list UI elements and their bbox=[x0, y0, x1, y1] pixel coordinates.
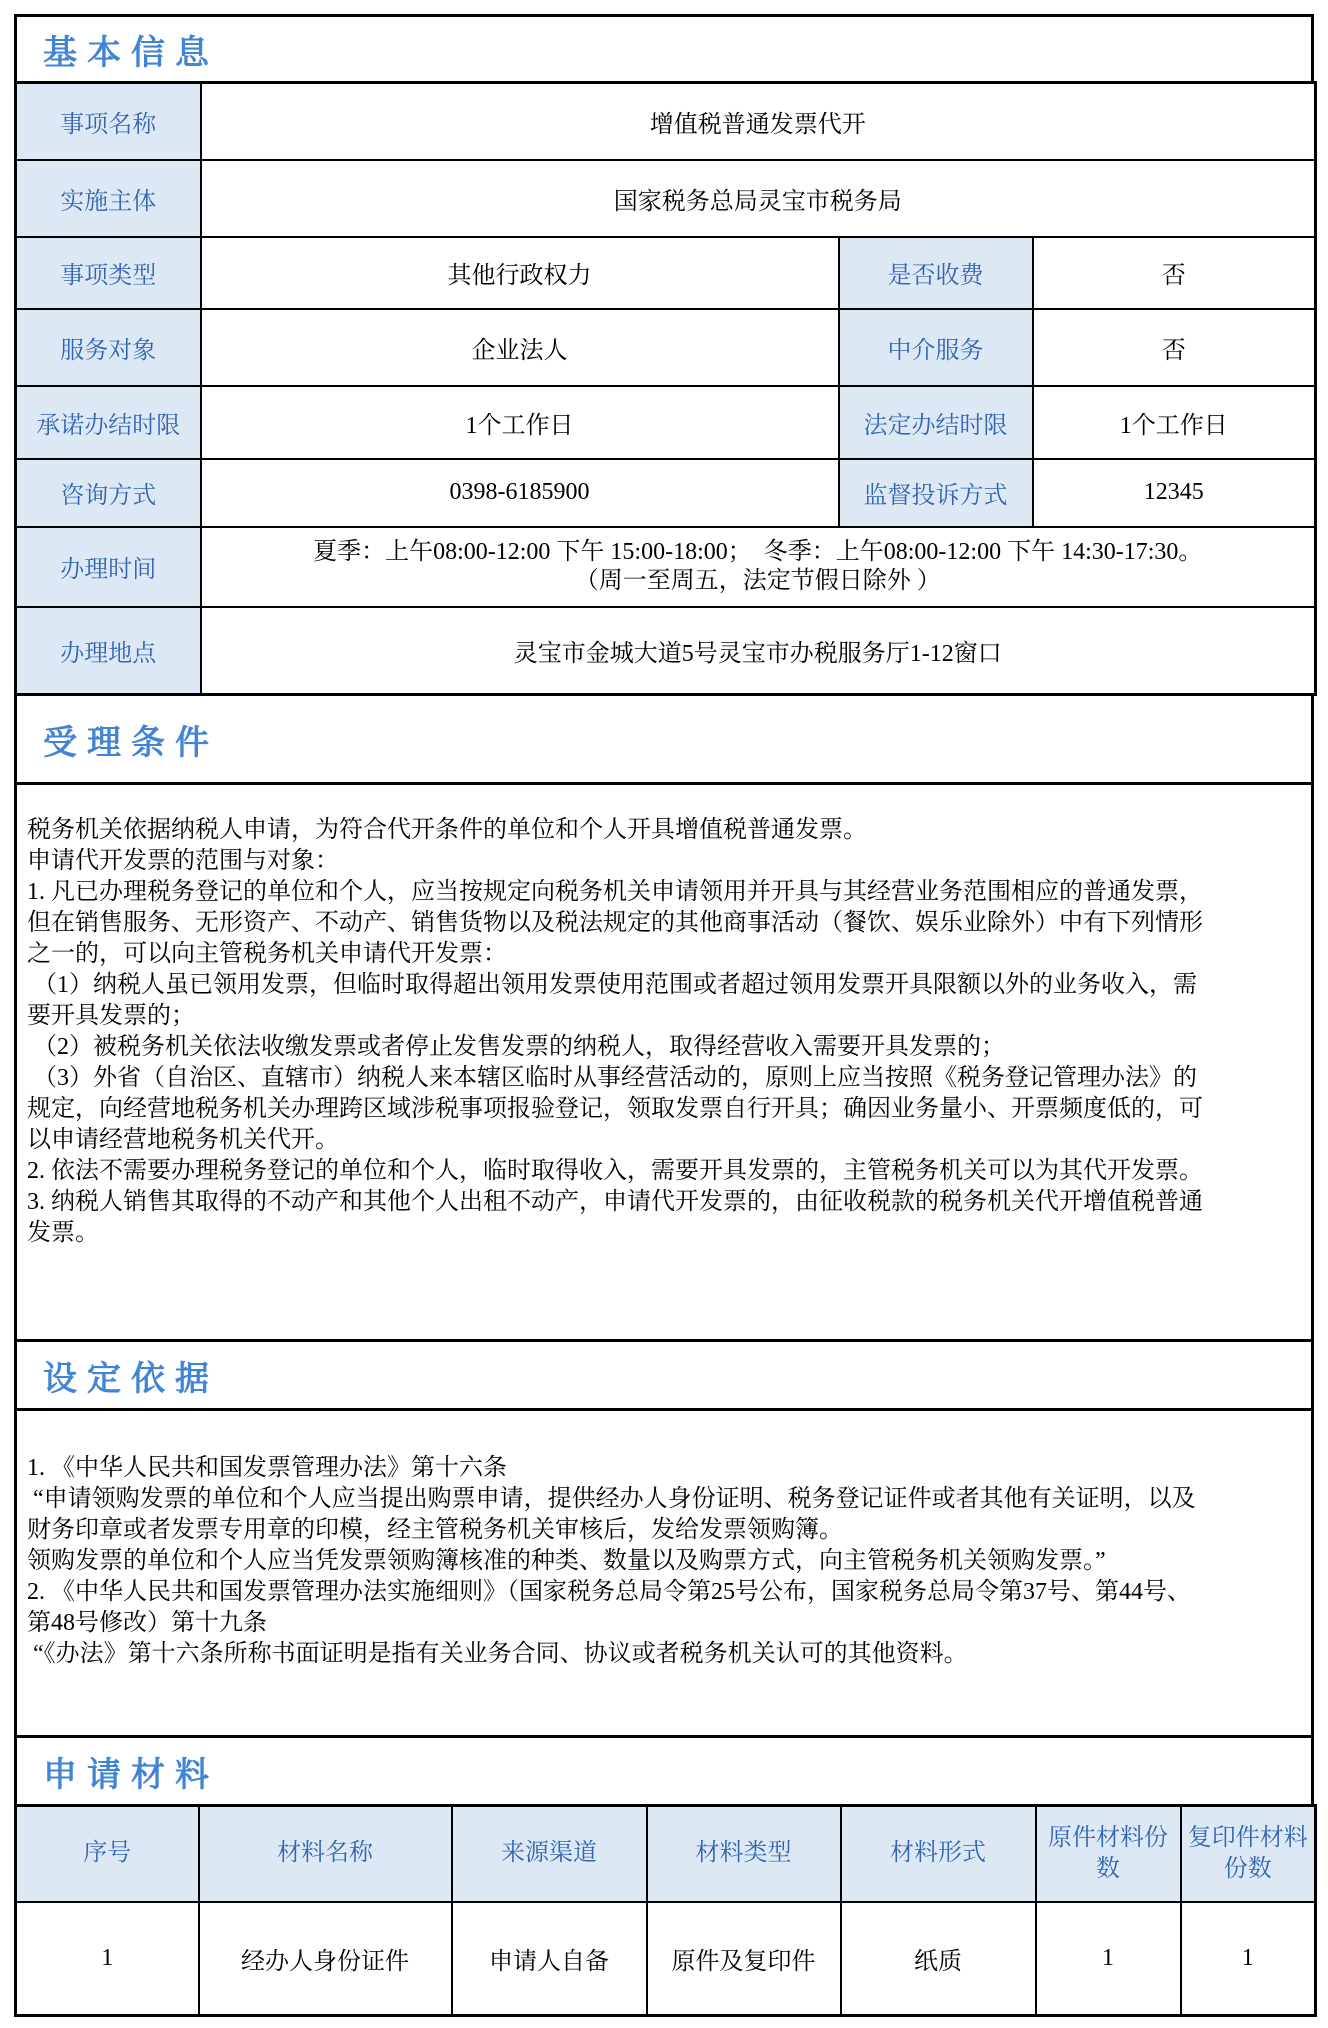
location-label: 办理地点 bbox=[16, 607, 201, 695]
table-row: 服务对象 企业法人 中介服务 否 bbox=[16, 309, 1316, 386]
acceptance-text-line: 税务机关依据纳税人申请，为符合代开条件的单位和个人开具增值税普通发票。 bbox=[27, 815, 1301, 846]
table-row: 咨询方式 0398-6185900 监督投诉方式 12345 bbox=[16, 459, 1316, 527]
basic-info-table: 事项名称 增值税普通发票代开 实施主体 国家税务总局灵宝市税务局 事项类型 其他… bbox=[14, 81, 1317, 696]
materials-table: 序号 材料名称 来源渠道 材料类型 材料形式 原件材料份数 复印件材料份数 1 … bbox=[14, 1804, 1317, 2017]
basis-text-line: 财务印章或者发票专用章的印模，经主管税务机关审核后，发给发票领购簿。 bbox=[27, 1515, 1301, 1546]
charge-label: 是否收费 bbox=[839, 237, 1033, 309]
table-row: 实施主体 国家税务总局灵宝市税务局 bbox=[16, 160, 1316, 237]
materials-header-row: 序号 材料名称 来源渠道 材料类型 材料形式 原件材料份数 复印件材料份数 bbox=[16, 1806, 1316, 1902]
intermediary-label: 中介服务 bbox=[839, 309, 1033, 386]
materials-title: 申请材料 bbox=[43, 1747, 219, 1796]
acceptance-section-header: 受理条件 bbox=[14, 693, 1314, 785]
basis-text-line: 2. 《中华人民共和国发票管理办法实施细则》（国家税务总局令第25号公布，国家税… bbox=[27, 1577, 1301, 1608]
table-row: 承诺办结时限 1个工作日 法定办结时限 1个工作日 bbox=[16, 386, 1316, 459]
table-row: 事项类型 其他行政权力 是否收费 否 bbox=[16, 237, 1316, 309]
acceptance-text-line: 要开具发票的； bbox=[27, 1001, 1301, 1032]
acceptance-title: 受理条件 bbox=[43, 715, 219, 764]
basic-info-title: 基本信息 bbox=[43, 25, 219, 74]
consult-label: 咨询方式 bbox=[16, 459, 201, 527]
basis-text-line: 1. 《中华人民共和国发票管理办法》第十六条 bbox=[27, 1453, 1301, 1484]
acceptance-body: 税务机关依据纳税人申请，为符合代开条件的单位和个人开具增值税普通发票。 申请代开… bbox=[14, 782, 1314, 1342]
statutory-time-value: 1个工作日 bbox=[1033, 386, 1316, 459]
implementer-value: 国家税务总局灵宝市税务局 bbox=[201, 160, 1316, 237]
cell-index: 1 bbox=[16, 1902, 199, 2016]
cell-material-type: 原件及复印件 bbox=[647, 1902, 841, 2016]
promised-time-value: 1个工作日 bbox=[201, 386, 839, 459]
location-value: 灵宝市金城大道5号灵宝市办税服务厅1-12窗口 bbox=[201, 607, 1316, 695]
basis-text-line: “《办法》第十六条所称书面证明是指有关业务合同、协议或者税务机关认可的其他资料。 bbox=[27, 1639, 1301, 1670]
acceptance-text-line: 发票。 bbox=[27, 1218, 1301, 1249]
acceptance-text-line: 但在销售服务、无形资产、不动产、销售货物以及税法规定的其他商事活动（餐饮、娱乐业… bbox=[27, 908, 1301, 939]
basis-text-line: “申请领购发票的单位和个人应当提出购票申请，提供经办人身份证明、税务登记证件或者… bbox=[27, 1484, 1301, 1515]
item-name-value: 增值税普通发票代开 bbox=[201, 83, 1316, 160]
col-header-material-type: 材料类型 bbox=[647, 1806, 841, 1902]
item-type-value: 其他行政权力 bbox=[201, 237, 839, 309]
col-header-index: 序号 bbox=[16, 1806, 199, 1902]
document-page: 基本信息 事项名称 增值税普通发票代开 实施主体 国家税务总局灵宝市税务局 事项… bbox=[0, 0, 1328, 2028]
basic-info-section-header: 基本信息 bbox=[14, 14, 1314, 84]
acceptance-text-line: 之一的，可以向主管税务机关申请代开发票： bbox=[27, 939, 1301, 970]
hours-line1: 夏季：上午08:00-12:00 下午 15:00-18:00； 冬季：上午08… bbox=[202, 538, 1315, 567]
cell-source-channel: 申请人自备 bbox=[452, 1902, 647, 2016]
acceptance-text-line: 3. 纳税人销售其取得的不动产和其他个人出租不动产，申请代开发票的，由征收税款的… bbox=[27, 1187, 1301, 1218]
service-target-value: 企业法人 bbox=[201, 309, 839, 386]
basis-section-header: 设定依据 bbox=[14, 1339, 1314, 1411]
col-header-photocopy-copies: 复印件材料份数 bbox=[1181, 1806, 1316, 1902]
cell-photocopy-copies: 1 bbox=[1181, 1902, 1316, 2016]
supervise-label: 监督投诉方式 bbox=[839, 459, 1033, 527]
basis-text-line: 第48号修改）第十九条 bbox=[27, 1608, 1301, 1639]
table-row: 办理时间 夏季：上午08:00-12:00 下午 15:00-18:00； 冬季… bbox=[16, 527, 1316, 607]
basis-text-line: 领购发票的单位和个人应当凭发票领购簿核准的种类、数量以及购票方式，向主管税务机关… bbox=[27, 1546, 1301, 1577]
acceptance-text-line: （1）纳税人虽已领用发票，但临时取得超出领用发票使用范围或者超过领用发票开具限额… bbox=[27, 970, 1301, 1001]
col-header-material-form: 材料形式 bbox=[841, 1806, 1036, 1902]
cell-material-name: 经办人身份证件 bbox=[199, 1902, 452, 2016]
acceptance-text-line: （2）被税务机关依法收缴发票或者停止发售发票的纳税人，取得经营收入需要开具发票的… bbox=[27, 1032, 1301, 1063]
charge-value: 否 bbox=[1033, 237, 1316, 309]
acceptance-text-line: 1. 凡已办理税务登记的单位和个人，应当按规定向税务机关申请领用并开具与其经营业… bbox=[27, 877, 1301, 908]
table-row: 事项名称 增值税普通发票代开 bbox=[16, 83, 1316, 160]
materials-data-row: 1 经办人身份证件 申请人自备 原件及复印件 纸质 1 1 bbox=[16, 1902, 1316, 2016]
statutory-time-label: 法定办结时限 bbox=[839, 386, 1033, 459]
intermediary-value: 否 bbox=[1033, 309, 1316, 386]
item-name-label: 事项名称 bbox=[16, 83, 201, 160]
col-header-original-copies: 原件材料份数 bbox=[1036, 1806, 1181, 1902]
cell-material-form: 纸质 bbox=[841, 1902, 1036, 2016]
acceptance-text-line: （3）外省（自治区、直辖市）纳税人来本辖区临时从事经营活动的，原则上应当按照《税… bbox=[27, 1063, 1301, 1094]
hours-label: 办理时间 bbox=[16, 527, 201, 607]
acceptance-text-line: 2. 依法不需要办理税务登记的单位和个人，临时取得收入，需要开具发票的，主管税务… bbox=[27, 1156, 1301, 1187]
col-header-source-channel: 来源渠道 bbox=[452, 1806, 647, 1902]
item-type-label: 事项类型 bbox=[16, 237, 201, 309]
acceptance-text-line: 规定，向经营地税务机关办理跨区域涉税事项报验登记，领取发票自行开具；确因业务量小… bbox=[27, 1094, 1301, 1125]
basis-title: 设定依据 bbox=[43, 1351, 219, 1400]
consult-value: 0398-6185900 bbox=[201, 459, 839, 527]
service-target-label: 服务对象 bbox=[16, 309, 201, 386]
col-header-material-name: 材料名称 bbox=[199, 1806, 452, 1902]
promised-time-label: 承诺办结时限 bbox=[16, 386, 201, 459]
supervise-value: 12345 bbox=[1033, 459, 1316, 527]
table-row: 办理地点 灵宝市金城大道5号灵宝市办税服务厅1-12窗口 bbox=[16, 607, 1316, 695]
acceptance-text-line: 申请代开发票的范围与对象： bbox=[27, 846, 1301, 877]
implementer-label: 实施主体 bbox=[16, 160, 201, 237]
cell-original-copies: 1 bbox=[1036, 1902, 1181, 2016]
materials-section-header: 申请材料 bbox=[14, 1735, 1314, 1807]
hours-value: 夏季：上午08:00-12:00 下午 15:00-18:00； 冬季：上午08… bbox=[201, 527, 1316, 607]
basis-body: 1. 《中华人民共和国发票管理办法》第十六条 “申请领购发票的单位和个人应当提出… bbox=[14, 1408, 1314, 1738]
hours-line2: （周一至周五，法定节假日除外 ） bbox=[202, 567, 1315, 596]
acceptance-text-line: 以申请经营地税务机关代开。 bbox=[27, 1125, 1301, 1156]
